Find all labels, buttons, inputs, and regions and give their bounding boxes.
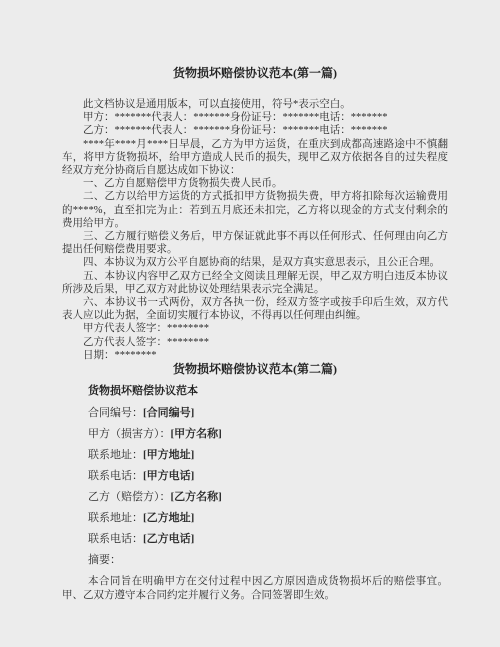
- field-party-b-address: 联系地址：[乙方地址]: [62, 511, 448, 525]
- field-label: 联系地址：: [88, 512, 143, 524]
- field-contract-number: 合同编号：[合同编号]: [62, 406, 448, 420]
- field-value: [甲方地址]: [143, 449, 194, 461]
- field-value: [乙方名称]: [171, 491, 222, 503]
- field-label: 合同编号：: [88, 407, 143, 419]
- section2-title: 货物损坏赔偿协议范本(第二篇): [62, 362, 448, 376]
- field-value: [乙方电话]: [143, 533, 194, 545]
- clause-5: 五、本协议内容甲乙双方已经全文阅读且理解无误，甲乙双方明白违反本协议所涉及后果，…: [62, 270, 448, 296]
- field-value: [乙方地址]: [143, 512, 194, 524]
- abstract-paragraph: 本合同旨在明确甲方在交付过程中因乙方原因造成货物损坏后的赔偿事宜。甲、乙双方遵守…: [62, 575, 448, 603]
- field-value: [合同编号]: [143, 407, 194, 419]
- clause-4: 四、本协议为双方公平自愿协商的结果，是双方真实意思表示，且公正合理。: [62, 256, 448, 269]
- field-party-a-address: 联系地址：[甲方地址]: [62, 448, 448, 462]
- signature-party-b: 乙方代表人签字：********: [62, 336, 448, 349]
- field-party-a-phone: 联系电话：[甲方电话]: [62, 469, 448, 483]
- field-value: [甲方名称]: [171, 428, 222, 440]
- field-label: 乙方（赔偿方）：: [88, 491, 171, 503]
- party-b-line: 乙方：*******代表人：*******身份证号：*******电话：****…: [62, 124, 448, 137]
- document-page: 货物损坏赔偿协议范本(第一篇) 此文档协议是通用版本，可以直接使用，符号*表示空…: [0, 0, 500, 647]
- field-label: 联系电话：: [88, 470, 143, 482]
- clause-2: 二、乙方以给甲方运货的方式抵扣甲方货物损失费，甲方将扣除每次运输费用的****%…: [62, 190, 448, 230]
- abstract-label: 摘要：: [62, 553, 448, 567]
- signature-date: 日期：********: [62, 349, 448, 362]
- section1-title: 货物损坏赔偿协议范本(第一篇): [62, 66, 448, 80]
- field-value: [甲方电话]: [143, 470, 194, 482]
- incident-paragraph: ****年****月****日早晨，乙方为甲方运货，在重庆到成都高速路途中不慎翻…: [62, 138, 448, 178]
- section2-subtitle: 货物损坏赔偿协议范本: [62, 384, 448, 398]
- field-label: 联系地址：: [88, 449, 143, 461]
- field-label: 甲方（损害方）：: [88, 428, 171, 440]
- clause-6: 六、本协议书一式两份，双方各执一份，经双方签字或按手印后生效，双方代表人应以此为…: [62, 296, 448, 322]
- field-party-a-name: 甲方（损害方）：[甲方名称]: [62, 427, 448, 441]
- intro-note: 此文档协议是通用版本，可以直接使用，符号*表示空白。: [62, 98, 448, 111]
- clause-1: 一、乙方自愿赔偿甲方货物损失费人民币。: [62, 177, 448, 190]
- field-label: 联系电话：: [88, 533, 143, 545]
- field-party-b-phone: 联系电话：[乙方电话]: [62, 532, 448, 546]
- signature-party-a: 甲方代表人签字：********: [62, 322, 448, 335]
- field-party-b-name: 乙方（赔偿方）：[乙方名称]: [62, 490, 448, 504]
- party-a-line: 甲方：*******代表人：*******身份证号：*******电话：****…: [62, 111, 448, 124]
- clause-3: 三、乙方履行赔偿义务后，甲方保证就此事不再以任何形式、任何理由向乙方提出任何赔偿…: [62, 230, 448, 256]
